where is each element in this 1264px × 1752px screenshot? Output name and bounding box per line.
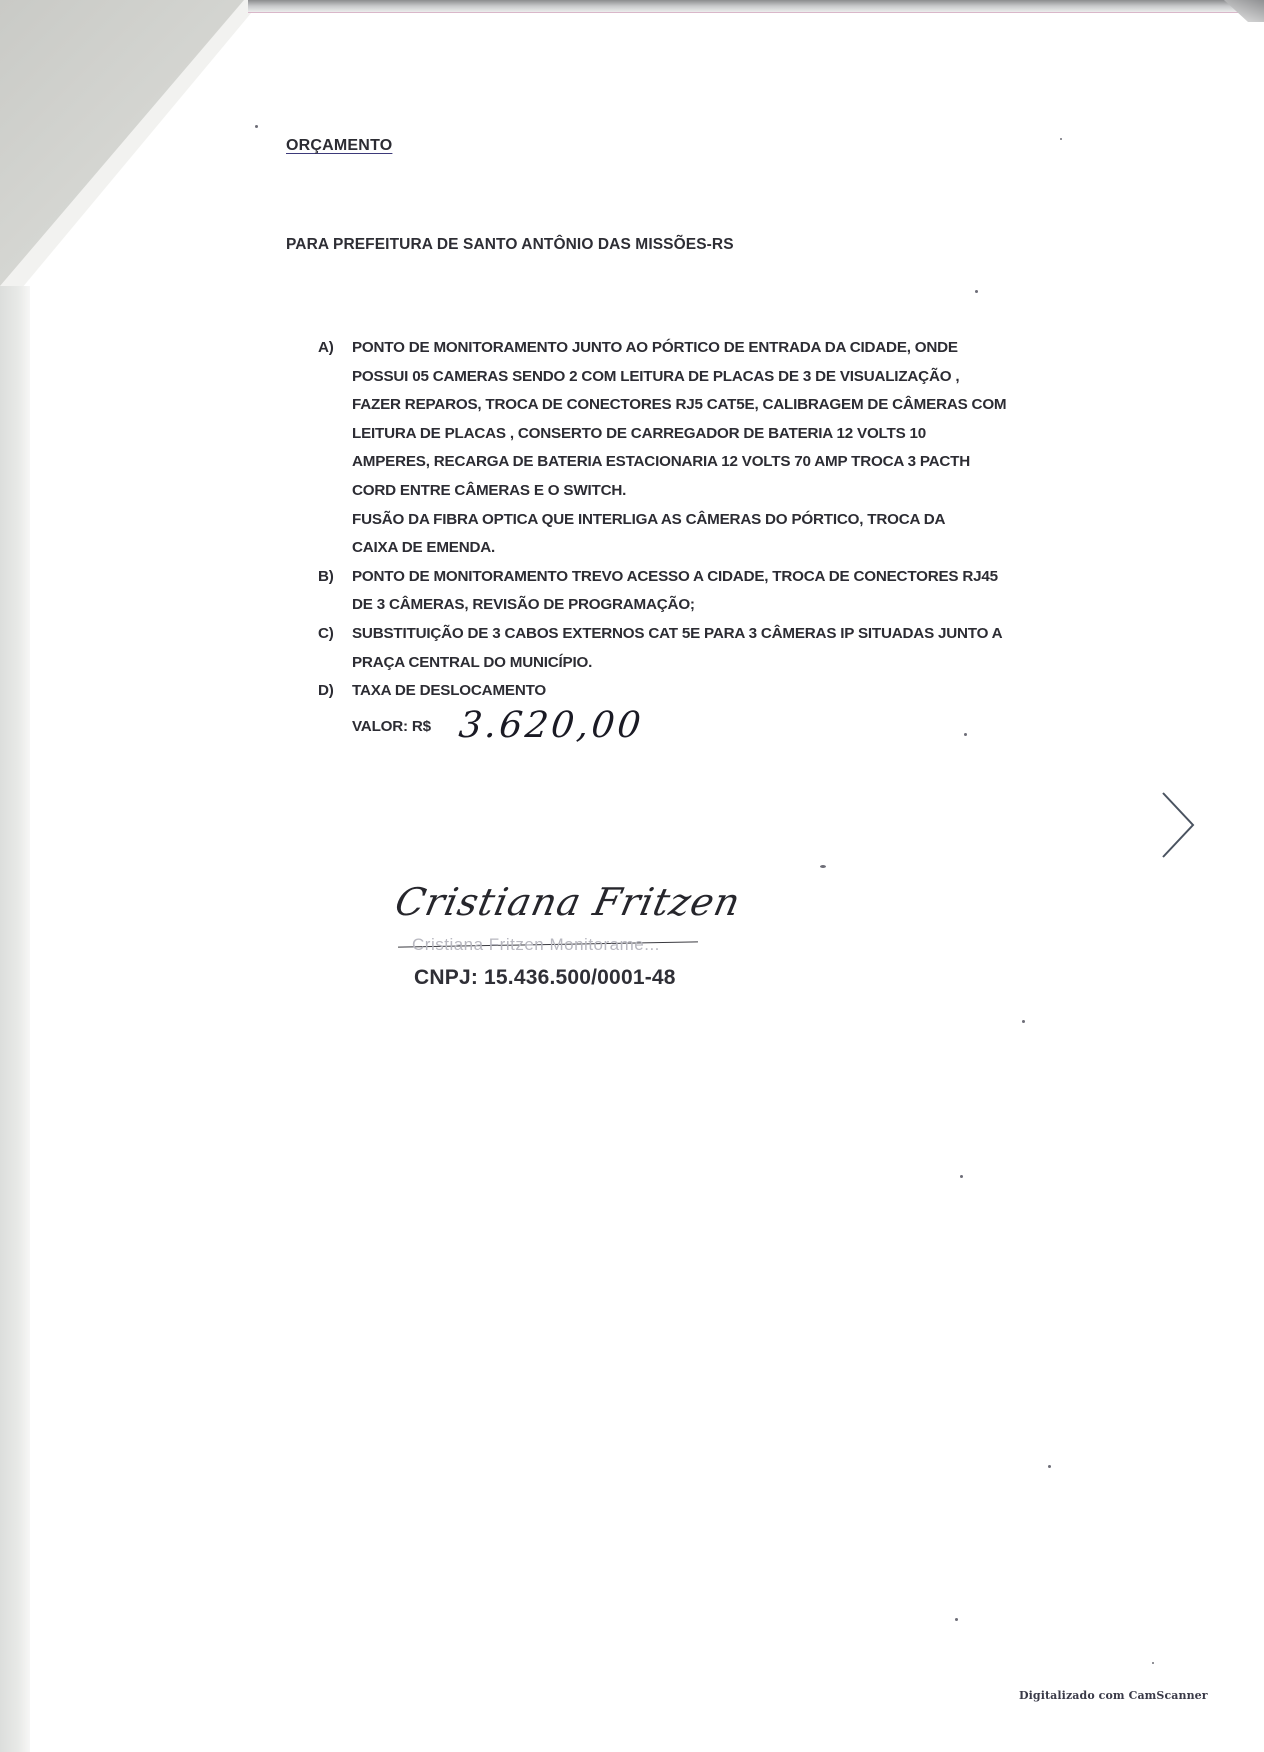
item-line: POSSUI 05 CAMERAS SENDO 2 COM LEITURA DE… xyxy=(352,363,1098,392)
budget-items-list: A) PONTO DE MONITORAMENTO JUNTO AO PÓRTI… xyxy=(318,334,1098,741)
handwritten-signature: Cristiana Fritzen xyxy=(391,880,744,924)
item-description: SUBSTITUIÇÃO DE 3 CABOS EXTERNOS CAT 5E … xyxy=(352,620,1098,677)
item-line: PONTO DE MONITORAMENTO TREVO ACESSO A CI… xyxy=(352,563,1098,592)
scanned-document-page: ORÇAMENTO PARA PREFEITURA DE SANTO ANTÔN… xyxy=(0,0,1264,1752)
item-line: FUSÃO DA FIBRA OPTICA QUE INTERLIGA AS C… xyxy=(352,506,1098,535)
item-line: PRAÇA CENTRAL DO MUNICÍPIO. xyxy=(352,649,1098,678)
stamp-company-name: Cristiana Fritzen Monitorame... xyxy=(412,935,660,955)
item-line: CORD ENTRE CÂMERAS E O SWITCH. xyxy=(352,477,1098,506)
handwritten-total-value: 3.620,00 xyxy=(457,712,644,741)
budget-item-c: C) SUBSTITUIÇÃO DE 3 CABOS EXTERNOS CAT … xyxy=(318,620,1098,677)
item-letter: D) xyxy=(318,677,352,741)
item-line: TAXA DE DESLOCAMENTO xyxy=(352,677,1098,706)
item-line: LEITURA DE PLACAS , CONSERTO DE CARREGAD… xyxy=(352,420,1098,449)
stamp-cnpj: CNPJ: 15.436.500/0001-48 xyxy=(414,966,676,990)
item-letter: C) xyxy=(318,620,352,677)
document-recipient: PARA PREFEITURA DE SANTO ANTÔNIO DAS MIS… xyxy=(286,236,734,254)
budget-item-a: A) PONTO DE MONITORAMENTO JUNTO AO PÓRTI… xyxy=(318,334,1098,563)
item-line: FAZER REPAROS, TROCA DE CONECTORES RJ5 C… xyxy=(352,391,1098,420)
budget-item-b: B) PONTO DE MONITORAMENTO TREVO ACESSO A… xyxy=(318,563,1098,620)
item-line: AMPERES, RECARGA DE BATERIA ESTACIONARIA… xyxy=(352,448,1098,477)
total-value-row: VALOR: R$ 3.620,00 xyxy=(352,706,1098,742)
item-line: PONTO DE MONITORAMENTO JUNTO AO PÓRTICO … xyxy=(352,334,1098,363)
item-description: PONTO DE MONITORAMENTO TREVO ACESSO A CI… xyxy=(352,563,1098,620)
item-line: CAIXA DE EMENDA. xyxy=(352,534,1098,563)
item-line: DE 3 CÂMERAS, REVISÃO DE PROGRAMAÇÃO; xyxy=(352,591,1098,620)
budget-item-d: D) TAXA DE DESLOCAMENTO VALOR: R$ 3.620,… xyxy=(318,677,1098,741)
item-line: SUBSTITUIÇÃO DE 3 CABOS EXTERNOS CAT 5E … xyxy=(352,620,1098,649)
item-description: PONTO DE MONITORAMENTO JUNTO AO PÓRTICO … xyxy=(352,334,1098,563)
chevron-right-mark-icon xyxy=(1160,790,1196,860)
item-letter: B) xyxy=(318,563,352,620)
document-title: ORÇAMENTO xyxy=(286,137,392,155)
item-letter: A) xyxy=(318,334,352,563)
camscanner-watermark: Digitalizado com CamScanner xyxy=(1019,1689,1208,1702)
item-description: TAXA DE DESLOCAMENTO VALOR: R$ 3.620,00 xyxy=(352,677,1098,741)
value-label: VALOR: R$ xyxy=(352,713,431,742)
